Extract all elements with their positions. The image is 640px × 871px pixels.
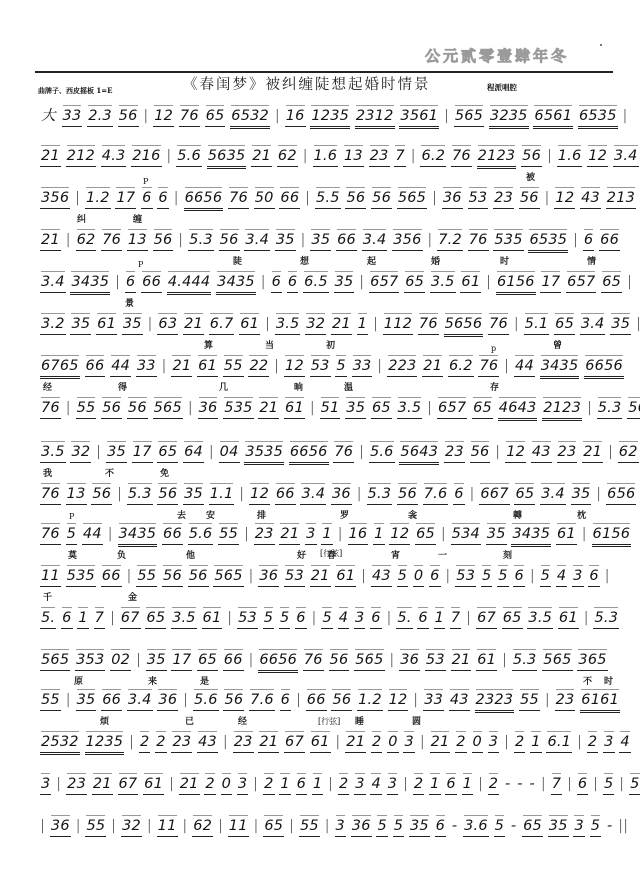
note-group: -	[451, 818, 458, 836]
note-group: 3	[237, 776, 248, 795]
note-group: 56	[397, 486, 418, 505]
note-group: 21	[422, 358, 443, 377]
note-group: 66	[101, 692, 122, 711]
note-group: 36	[258, 568, 279, 587]
lyrics-row: 景	[0, 296, 640, 310]
note-group: 67	[476, 610, 497, 629]
note-group: 32	[305, 316, 326, 335]
performance-note: [行弦]	[318, 716, 340, 727]
note-group: 0	[387, 734, 398, 753]
note-group: 76	[468, 232, 489, 251]
bar-line: |	[244, 526, 249, 542]
note-group: 5635	[207, 148, 247, 169]
note-group: 33	[352, 358, 373, 377]
note-group: 3.4	[580, 316, 606, 335]
bar-line: |	[444, 108, 449, 124]
dynamic-mark: p	[491, 344, 496, 353]
bar-line: |	[445, 568, 450, 584]
note-group: 5.	[40, 610, 56, 629]
lyric-char: 莫	[68, 548, 77, 561]
note-group: 21	[345, 734, 366, 753]
note-group: 3235	[489, 108, 529, 129]
bar-line: |	[108, 526, 113, 542]
note-group: 6.7	[209, 316, 235, 335]
lyric-char: 宵	[391, 548, 400, 561]
note-group: 65	[502, 610, 523, 629]
note-group: 3	[488, 734, 499, 753]
note-group: 65	[472, 400, 493, 419]
lyrics-row: 算当初曾	[0, 338, 640, 352]
bar-line: |	[359, 444, 364, 460]
score-line: 6765 66 44 33 | 21 61 55 22 | 12 53 5 33…	[40, 358, 600, 379]
note-group: 5.3	[127, 486, 153, 505]
note-group: 5	[590, 818, 601, 837]
lyric-char: 睡	[355, 714, 364, 727]
note-group: 44	[82, 526, 103, 545]
note-group: 6	[141, 190, 152, 209]
lyric-char: 陡	[233, 254, 242, 267]
lyric-char: 刻	[503, 548, 512, 561]
note-group: 0	[221, 776, 232, 795]
note-group: 17	[132, 444, 153, 463]
note-group: 04	[219, 444, 240, 463]
note-group: 5643	[399, 444, 439, 465]
note-group: 65	[514, 486, 535, 505]
bar-line: |	[312, 610, 317, 626]
bar-line: |	[377, 358, 382, 374]
bar-line: |	[504, 734, 509, 750]
note-group: 23	[171, 734, 192, 753]
note-group: 4	[619, 734, 630, 753]
score-line: 11 535 66 | 55 56 56 565 | 36 53 21 61 |…	[40, 568, 600, 587]
note-group: 3.4	[613, 148, 639, 167]
note-group: 6	[453, 486, 464, 505]
note-group: 7.6	[423, 486, 449, 505]
note-group: 43	[449, 692, 470, 711]
lyric-char: 安	[206, 508, 215, 521]
note-group: 66	[223, 652, 244, 671]
bar-line: |	[178, 232, 183, 248]
note-group: 65	[522, 818, 543, 837]
bar-line: |	[76, 818, 81, 834]
bar-line: |	[325, 818, 330, 834]
note-group: 67	[118, 776, 139, 795]
bar-line: |	[300, 232, 305, 248]
note-group: 5.6	[188, 526, 214, 545]
note-group: 356	[392, 232, 422, 251]
bar-line: |	[296, 692, 301, 708]
note-group: 2	[488, 776, 499, 795]
bar-line: |	[115, 274, 120, 290]
note-group: 65	[404, 274, 425, 293]
note-group: 35	[310, 232, 331, 251]
lyric-char: 经	[43, 380, 52, 393]
note-group: 6	[287, 274, 298, 293]
page-title: 《春闺梦》被纠缠陡想起婚时情景	[183, 73, 431, 94]
note-group: 356	[40, 190, 70, 209]
note-group: 56	[470, 444, 491, 463]
note-group: 6	[125, 274, 136, 293]
bar-line: |	[478, 776, 483, 792]
note-group: 3	[335, 818, 346, 837]
note-group: 61	[558, 610, 579, 629]
bar-line: |	[373, 316, 378, 332]
note-group: 5	[494, 818, 505, 837]
bar-line: |	[514, 316, 519, 332]
note-group: 3.4	[300, 486, 326, 505]
score-line: 565 353 02 | 35 17 65 66 | 6656 76 56 56…	[40, 652, 600, 673]
note-group: 3	[354, 610, 365, 629]
note-group: 5.1	[524, 316, 550, 335]
note-group: 35	[571, 486, 592, 505]
score-line: 76 5 44 | 3435 66 5.6 55 | 23 21 3 1 | 1…	[40, 526, 600, 547]
note-group: 61	[197, 358, 218, 377]
note-group: 35	[345, 400, 366, 419]
note-group: 35	[409, 818, 430, 837]
note-group: 657	[566, 274, 596, 293]
note-group: 1	[357, 316, 368, 335]
bar-line: |	[310, 400, 315, 416]
bar-line: |	[305, 190, 310, 206]
note-group: 3435	[216, 274, 256, 295]
lyric-char: 当	[265, 338, 274, 351]
lyric-char: 来	[148, 674, 157, 687]
lyrics-row: 去安排罗衾轉枕	[0, 508, 640, 522]
lyric-char: 不	[105, 466, 114, 479]
score-line: 21 212 4.3 216 | 5.6 5635 21 62 | 1.6 13…	[40, 148, 600, 169]
note-group: 3.5	[527, 610, 553, 629]
bar-line: |	[335, 734, 340, 750]
lyric-char: 圆	[412, 714, 421, 727]
note-group: 13	[66, 486, 87, 505]
bar-line: |	[502, 652, 507, 668]
note-group: 35	[76, 692, 97, 711]
bar-line: |	[248, 652, 253, 668]
score-line: 356 | 1.2 17 6 6 | 6656 76 50 66 | 5.5 5…	[40, 190, 600, 211]
note-group: 534	[451, 526, 481, 545]
note-group: 6	[588, 568, 599, 587]
note-group: 223	[387, 358, 417, 377]
note-group: 6156	[592, 526, 632, 547]
note-group: 62	[192, 818, 213, 837]
lyric-char: 原	[74, 674, 83, 687]
bar-line: |	[96, 444, 101, 460]
note-group: 3435	[511, 526, 551, 547]
note-group: 2	[263, 776, 274, 795]
lyric-char: 不	[583, 674, 592, 687]
note-group: 50	[254, 190, 275, 209]
note-group: 3	[387, 776, 398, 795]
bar-line: |	[188, 400, 193, 416]
lyric-char: 排	[257, 508, 266, 521]
bar-line: |	[182, 818, 187, 834]
note-group: 2	[413, 776, 424, 795]
note-group: 53	[310, 358, 331, 377]
score-line: 大 33 2.3 56 | 12 76 65 6532 | 16 1235 23…	[40, 104, 600, 129]
lyric-char: 缠	[133, 212, 142, 225]
note-group: 6535	[528, 232, 568, 253]
note-group: 44	[110, 358, 131, 377]
note-group: 55	[136, 568, 157, 587]
note-group: 65	[145, 610, 166, 629]
note-group: 56	[345, 190, 366, 209]
note-group: 21	[40, 148, 61, 167]
bar-line: |	[359, 274, 364, 290]
note-group: 3435	[118, 526, 158, 547]
note-group: 3	[40, 776, 51, 795]
note-group: 53	[425, 652, 446, 671]
bar-line: |	[129, 734, 134, 750]
score-line: 55 | 35 66 3.4 36 | 5.6 56 7.6 6 | 66 56…	[40, 692, 600, 713]
bar-line: |	[261, 274, 266, 290]
note-group: 22	[248, 358, 269, 377]
note-group: 35	[70, 316, 91, 335]
note-group: 55	[223, 358, 244, 377]
lyric-char: 婚	[431, 254, 440, 267]
note-group: 23	[369, 148, 390, 167]
note-group: 56	[91, 486, 112, 505]
note-group: 12	[249, 486, 270, 505]
note-group: 5.6	[369, 444, 395, 463]
note-group: 63	[157, 316, 178, 335]
note-group: 2	[155, 734, 166, 753]
note-group: 6	[445, 776, 456, 795]
note-group: 65	[554, 316, 575, 335]
note-group: 35	[122, 316, 143, 335]
note-group: 2.3	[87, 108, 113, 127]
note-group: 36	[351, 818, 372, 837]
note-group: 4	[370, 776, 381, 795]
note-group: 23	[555, 692, 576, 711]
bar-line: |	[169, 776, 174, 792]
note-group: 76	[451, 148, 472, 167]
note-group: 1	[321, 526, 332, 545]
note-group: -	[516, 776, 523, 794]
note-group: 6532	[230, 108, 270, 129]
tune-and-key: 曲牌子、西皮摇板 1=E	[38, 86, 113, 96]
note-group: 55	[85, 818, 106, 837]
lyric-char: 曾	[553, 338, 562, 351]
note-group: 1235	[310, 108, 350, 129]
note-group: 1	[434, 610, 445, 629]
note-group: 56	[627, 400, 640, 419]
date-watermark: 公元贰零壹肆年冬	[425, 45, 569, 66]
bar-line: |	[111, 818, 116, 834]
note-group: 33	[136, 358, 157, 377]
lyric-char: 景	[125, 296, 134, 309]
note-group: 56	[101, 400, 122, 419]
lyric-char: 金	[128, 590, 137, 603]
note-group: 565	[542, 652, 572, 671]
lyric-char: 是	[200, 674, 209, 687]
note-group: 1	[312, 776, 323, 795]
note-group: 65	[197, 652, 218, 671]
note-group: 5.6	[176, 148, 202, 167]
lyric-char: 免	[160, 466, 169, 479]
note-group: 13	[127, 232, 148, 251]
note-group: 76	[488, 316, 509, 335]
bar-line: |	[328, 776, 333, 792]
note-group: 61	[310, 734, 331, 753]
note-group: 3	[305, 526, 316, 545]
note-group: 53	[455, 568, 476, 587]
lyrics-row: 纠缠	[0, 212, 640, 226]
performance-note: [行弦]	[320, 548, 342, 559]
note-group: 1	[530, 734, 541, 753]
note-group: 3.5	[40, 444, 66, 463]
bar-line: |	[126, 568, 131, 584]
note-group: 66	[162, 526, 183, 545]
note-group: 66	[279, 190, 300, 209]
note-group: 66	[85, 358, 106, 377]
bar-line: |	[66, 232, 71, 248]
lyric-char: 几	[219, 380, 228, 393]
note-group: 36	[442, 190, 463, 209]
note-group: 2323	[475, 692, 515, 713]
bar-line: |	[357, 486, 362, 502]
note-group: 5	[397, 568, 408, 587]
note-group: 55	[629, 776, 640, 795]
note-group: -	[504, 776, 511, 794]
note-group: 21	[258, 734, 279, 753]
note-group: 1.2	[357, 692, 383, 711]
note-group: 56	[519, 190, 540, 209]
note-group: 21	[279, 526, 300, 545]
note-group: 11	[157, 818, 178, 837]
note-group: 55	[40, 692, 61, 711]
note-group: 6656	[289, 444, 329, 465]
lyrics-row: 被	[0, 170, 640, 184]
bar-line: |	[248, 568, 253, 584]
note-group: 21	[331, 316, 352, 335]
bar-line: |	[174, 190, 179, 206]
note-group: 17	[115, 190, 136, 209]
score-line: 3.2 35 61 35 | 63 21 6.7 61 | 3.5 32 21 …	[40, 316, 600, 337]
note-group: 35	[610, 316, 631, 335]
note-group: 2	[204, 776, 215, 795]
note-group: 56	[162, 568, 183, 587]
note-group: 65	[415, 526, 436, 545]
note-group: 4.444	[167, 274, 212, 295]
note-group: 12	[505, 444, 526, 463]
score-line: 2532 1235 | 2 2 23 43 | 23 21 67 61 | 21…	[40, 734, 600, 755]
note-group: 76	[40, 400, 61, 419]
note-group: 35	[548, 818, 569, 837]
note-group: 3.6	[463, 818, 489, 837]
note-group: 21	[582, 444, 603, 463]
note-group: 11	[228, 818, 249, 837]
note-group: 66	[599, 232, 620, 251]
note-group: 3.5	[430, 274, 456, 293]
note-group: 76	[179, 108, 200, 127]
lyric-char: 存	[490, 380, 499, 393]
lyric-char: 他	[186, 548, 195, 561]
note-group: 35	[275, 232, 296, 251]
bar-line: |	[143, 108, 148, 124]
lyric-char: 罗	[340, 508, 349, 521]
note-group: 3.4	[244, 232, 270, 251]
note-group: 6	[513, 568, 524, 587]
note-group: 212	[66, 148, 96, 167]
note-group: 565	[213, 568, 243, 587]
note-group: 21	[251, 148, 272, 167]
note-group: 216	[131, 148, 161, 167]
bar-line: |	[303, 148, 308, 164]
note-group: 44	[514, 358, 535, 377]
bar-line: |	[545, 190, 550, 206]
note-group: 4643	[498, 400, 538, 421]
bar-line: |	[162, 358, 167, 374]
note-group: 56	[127, 400, 148, 419]
note-group: 3	[403, 734, 414, 753]
bar-line: |	[622, 108, 627, 124]
note-group: 55	[519, 692, 540, 711]
note-group: 12	[554, 190, 575, 209]
lyric-char: 一	[438, 548, 447, 561]
note-group: 6	[417, 610, 428, 629]
note-group: 76	[333, 444, 354, 463]
lyrics-row: 陡想起婚时情	[0, 254, 640, 268]
note-group: 7	[551, 776, 562, 795]
note-group: 65	[371, 400, 392, 419]
score-line: 3.4 3435 | 6 66 4.444 3435 | 6 6 6.5 35 …	[40, 274, 600, 295]
note-group: 1	[373, 526, 384, 545]
note-group: 3	[603, 734, 614, 753]
note-group: 6.2	[420, 148, 446, 167]
bar-line: |	[547, 148, 552, 164]
lyric-char: 经	[238, 714, 247, 727]
note-group: 61	[460, 274, 481, 293]
lyric-char: 千	[43, 590, 52, 603]
note-group: 35	[334, 274, 355, 293]
note-group: 2	[338, 776, 349, 795]
note-group: 353	[75, 652, 105, 671]
bar-line: |	[567, 776, 572, 792]
note-group: 6561	[533, 108, 573, 129]
note-group: 5.5	[315, 190, 341, 209]
note-group: 6	[370, 610, 381, 629]
bar-line: |	[117, 486, 122, 502]
bar-line: |	[403, 776, 408, 792]
note-group: 6	[280, 692, 291, 711]
singer-style: 程派唱腔	[487, 82, 517, 93]
lyrics-row: 经得几晌温存	[0, 380, 640, 394]
note-group: 02	[110, 652, 131, 671]
bar-line: ||	[618, 818, 628, 834]
note-group: 3.4	[362, 232, 388, 251]
bar-line: |	[441, 526, 446, 542]
note-group: 0	[413, 568, 424, 587]
note-group: 1	[279, 776, 290, 795]
bar-line: |	[110, 610, 115, 626]
bar-line: |	[361, 568, 366, 584]
bar-line: |	[275, 108, 280, 124]
bar-line: |	[466, 610, 471, 626]
note-group: 6	[577, 776, 588, 795]
bar-line: |	[619, 776, 624, 792]
note-group: 6765	[40, 358, 80, 379]
note-group: 36	[331, 486, 352, 505]
note-group: 12	[284, 358, 305, 377]
dynamic-mark: P	[69, 512, 74, 521]
note-group: 21	[310, 568, 331, 587]
bar-line: |	[427, 232, 432, 248]
bar-line: |	[541, 776, 546, 792]
note-group: 66	[141, 274, 162, 293]
dynamic-mark: P	[143, 177, 148, 186]
note-group: 35	[486, 526, 507, 545]
bar-line: |	[411, 148, 416, 164]
